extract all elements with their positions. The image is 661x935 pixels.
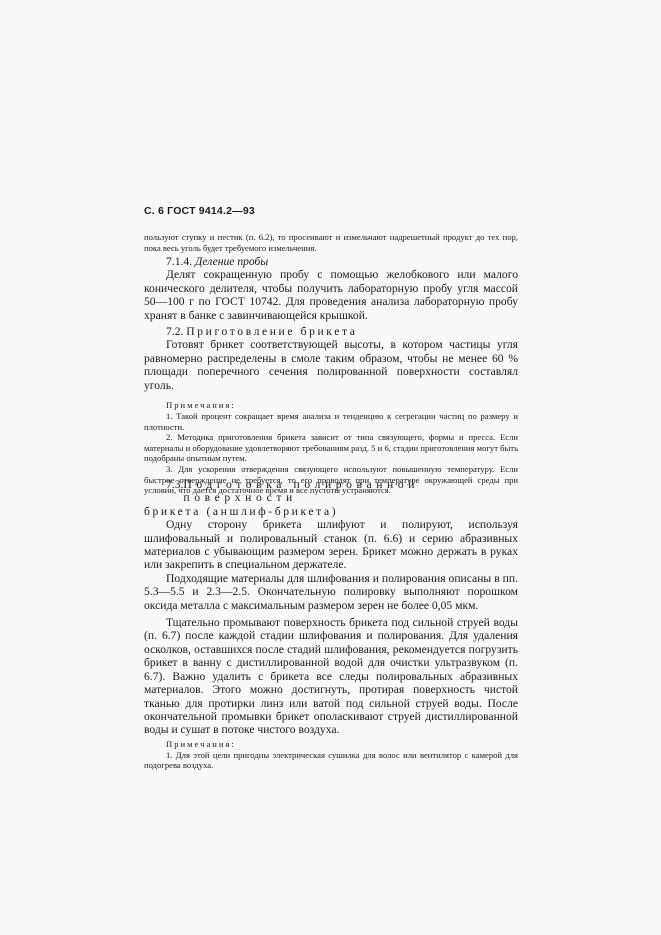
running-title: С. 6 ГОСТ 9414.2—93 (144, 205, 255, 217)
notes-title: Примечания: (144, 739, 518, 750)
section-title-line1: Подготовка полированной поверхности (183, 478, 518, 505)
section-7-2: 7.2. Приготовление брикета Готовят брике… (144, 325, 518, 496)
section-title: Деление пробы (195, 255, 268, 268)
section-heading: 7.1.4. Деление пробы (144, 255, 518, 268)
section-heading: 7.2. Приготовление брикета (144, 325, 518, 338)
section-7-1-4: 7.1.4. Деление пробы Делят сокращенную п… (144, 255, 518, 322)
section-paragraph: Делят сокращенную пробу с помощью желобк… (144, 268, 518, 322)
section-paragraph: Тщательно промывают поверхность брикета … (144, 616, 518, 737)
note-item: 1. Для этой цели пригодны электрическая … (144, 750, 518, 771)
section-heading: 7.3. Подготовка полированной поверхности (144, 478, 518, 505)
intro-paragraph: пользуют ступку и пестик (п. 6.2), то пр… (144, 232, 518, 253)
section-number: 7.1.4. (166, 255, 192, 268)
note-item: 2. Методика приготовления брикета зависи… (144, 432, 518, 464)
section-title: Приготовление брикета (186, 325, 357, 338)
section-title-line2: брикета (аншлиф-брикета) (144, 505, 518, 518)
section-number: 7.2. (166, 325, 183, 338)
section-7-3: 7.3. Подготовка полированной поверхности… (144, 478, 518, 771)
notes-title: Примечания: (144, 400, 518, 411)
section-paragraph: Одну сторону брикета шлифуют и полируют,… (144, 518, 518, 572)
section-paragraph: Готовят брикет соответствующей высоты, в… (144, 338, 518, 392)
note-item: 1. Такой процент сокращает время анализа… (144, 411, 518, 432)
section-number: 7.3. (166, 478, 183, 505)
section-paragraph: Подходящие материалы для шлифования и по… (144, 572, 518, 612)
